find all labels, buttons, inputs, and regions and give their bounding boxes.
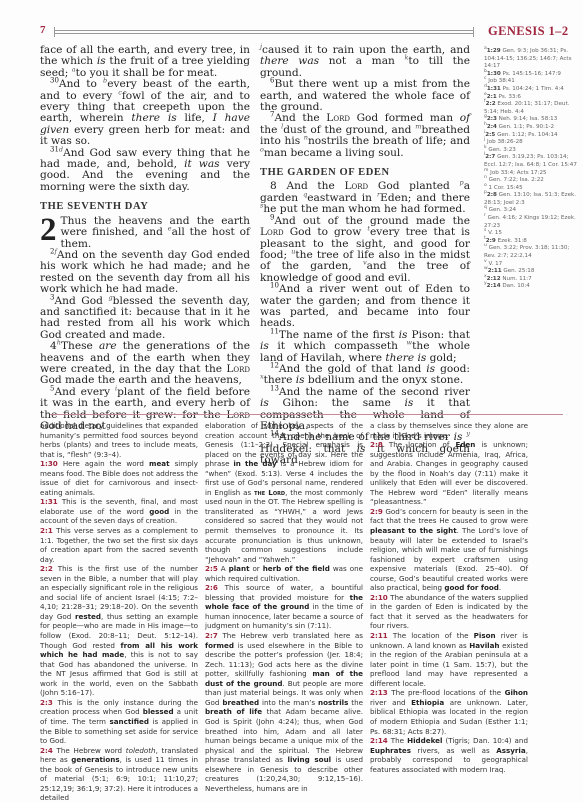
verse-number: 31: [50, 145, 59, 153]
verse-1-31: 31dAnd God saw every thing that he had m…: [40, 148, 250, 194]
note-2-13: 2:13 The pre-flood locations of the Giho…: [370, 688, 528, 736]
cross-ref-item[interactable]: s V. 15: [484, 230, 580, 238]
note-2-14: 2:14 The Hiddekel (Tigris; Dan. 10:4) an…: [370, 736, 528, 774]
note-ref: 2:4: [40, 746, 53, 755]
verse-2-7: 7And the Lord God formed man of the ldus…: [260, 113, 470, 159]
note-ref: 2:11: [370, 631, 388, 640]
study-notes-column-2: elaboration of some key aspects of the c…: [205, 421, 363, 793]
note-ref: 2:10: [370, 593, 388, 602]
verse-number: 4: [50, 340, 57, 352]
cross-ref-item[interactable]: r Gen. 4:16; 2 Kings 19:12; Ezek. 27:23: [484, 215, 580, 230]
cross-ref-item[interactable]: q Gen. 3:24: [484, 207, 580, 215]
cross-ref-item[interactable]: h2:4 Gen. 1:1; Ps. 90:1-2: [484, 124, 580, 132]
verse-number: 30: [50, 77, 59, 85]
cross-ref-item[interactable]: u Gen. 3:22; Prov. 3:18; 11:30; Rev. 2:7…: [484, 245, 580, 260]
note-2-6: 2:6 This source of water, a bountiful bl…: [205, 583, 363, 631]
note-ref: 2:5: [205, 564, 218, 573]
cross-ref-item[interactable]: p2:8 Gen. 13:10; Isa. 51:3; Ezek. 28:13;…: [484, 192, 580, 207]
note-2-5: 2:5 A plant or herb of the field was one…: [205, 564, 363, 583]
study-notes-divider: [50, 414, 563, 415]
note-2-8: 2:8 The location of Eden is unknown; sug…: [370, 440, 528, 507]
note-continuation: additional dietary guidelines that expan…: [40, 421, 198, 459]
verse-number: 12: [270, 361, 279, 369]
verse-number: 13: [270, 384, 279, 392]
verse-1-29-cont: face of all the earth, and every tree, i…: [40, 45, 250, 79]
verse-number: 10: [270, 282, 279, 290]
verse-number: 8: [270, 180, 277, 192]
study-notes-column-1: additional dietary guidelines that expan…: [40, 421, 198, 802]
cross-ref-item[interactable]: c Job 38:41: [484, 78, 580, 86]
note-ref: 2:7: [205, 631, 218, 640]
scripture-column-right: jcaused it to rain upon the earth, and t…: [260, 45, 470, 467]
note-ref: 1:30: [40, 459, 58, 468]
cross-ref-item[interactable]: w2:11 Gen. 25:18: [484, 268, 580, 276]
note-ref: 2:2: [40, 564, 53, 573]
note-2-1: 2:1 This verse serves as a complement to…: [40, 526, 198, 564]
cross-ref-item[interactable]: n Gen. 7:22; Isa. 2:22: [484, 177, 580, 185]
verse-2-12: 12And the gold of that land is good: xth…: [260, 364, 470, 387]
verse-2-6: 6But there went up a mist from the earth…: [260, 79, 470, 113]
header-rule-cap-right: [473, 27, 474, 37]
note-2-4-cont: elaboration of some key aspects of the c…: [205, 421, 363, 564]
scripture-text: face of all the earth, and every tree, i…: [40, 45, 472, 395]
note-2-7: 2:7 The Hebrew verb translated here as f…: [205, 631, 363, 793]
cross-ref-item[interactable]: i2:5 Gen. 1:12; Ps. 104:14: [484, 132, 580, 140]
note-ref: 2:1: [40, 526, 53, 535]
cross-ref-item[interactable]: a1:29 Gen. 9:3; Job 36:31; Ps. 104:14-15…: [484, 48, 580, 71]
note-ref: 2:6: [205, 583, 218, 592]
note-2-7-cont: a class by themselves since they alone a…: [370, 421, 528, 440]
note-2-3: 2:3 This is the only instance during the…: [40, 698, 198, 746]
note-ref: 2:8: [370, 440, 383, 449]
verse-1-30: 30And to bevery beast of the earth, and …: [40, 79, 250, 147]
note-2-10: 2:10 The abundance of the waters supplie…: [370, 593, 528, 631]
verse-2-10: 10And a river went out of Eden to water …: [260, 284, 470, 330]
verse-2-3: 3And God gblessed the seventh day, and s…: [40, 296, 250, 342]
header-rule: [54, 30, 474, 34]
chapter-2-verse-1: 2Thus the heavens and the earth were fin…: [40, 216, 250, 250]
note-ref: 2:9: [370, 507, 383, 516]
note-ref: 2:14: [370, 736, 388, 745]
note-1-30: 1:30 Here again the word meat simply mea…: [40, 459, 198, 497]
note-1-31: 1:31 This is the seventh, final, and mos…: [40, 497, 198, 526]
chapter-number: 2: [40, 217, 57, 243]
cross-ref-item[interactable]: d1:31 Ps. 104:24; 1 Tim. 4:4: [484, 86, 580, 94]
cross-ref-item[interactable]: y2:14 Dan. 10:4: [484, 283, 580, 291]
section-heading-seventh-day: THE SEVENTH DAY: [40, 201, 250, 212]
note-2-9: 2:9 God’s concern for beauty is seen in …: [370, 507, 528, 593]
verse-2-2: 2fAnd on the seventh day God ended his w…: [40, 250, 250, 296]
page-number: 7: [40, 24, 46, 36]
cross-ref-item[interactable]: l2:7 Gen. 3:19,23; Ps. 103:14; Eccl. 12:…: [484, 154, 580, 169]
scripture-column-left: face of all the earth, and every tree, i…: [40, 45, 250, 432]
cross-ref-item[interactable]: f2:2 Exod. 20:11; 31:17; Deut. 5:14; Heb…: [484, 101, 580, 116]
verse-number: 11: [270, 327, 279, 335]
note-2-4: 2:4 The Hebrew word toledoth, translated…: [40, 746, 198, 802]
note-2-2: 2:2 This is the first use of the number …: [40, 564, 198, 698]
verse-2-9: 9And out of the ground made the Lord God…: [260, 216, 470, 284]
note-2-11: 2:11 The location of the Pison river is …: [370, 631, 528, 688]
cross-ref-item[interactable]: g2:3 Neh. 9:14; Isa. 58:13: [484, 116, 580, 124]
verse-2-4: 4hThese are the generations of the heave…: [40, 341, 250, 387]
verse-2-5-cont: jcaused it to rain upon the earth, and t…: [260, 45, 470, 79]
book-chapter-title: GENESIS 1–2: [488, 24, 568, 39]
cross-ref-item[interactable]: j Job 38:26-28: [484, 139, 580, 147]
cross-ref-item[interactable]: m Job 33:4; Acts 17:25: [484, 170, 580, 178]
verse-2-11: 11The name of the first is Pison: that i…: [260, 330, 470, 364]
verse-2-8: 8 And the Lord God planted pa garden qea…: [260, 181, 470, 215]
cross-references: a1:29 Gen. 9:3; Job 36:31; Ps. 104:14-15…: [484, 48, 580, 291]
note-ref: 1:31: [40, 497, 58, 506]
section-heading-garden-of-eden: THE GARDEN OF EDEN: [260, 167, 470, 178]
note-ref: 2:13: [370, 688, 388, 697]
running-header: 7 GENESIS 1–2: [40, 24, 580, 40]
note-ref: 2:3: [40, 698, 53, 707]
study-notes-column-3: a class by themselves since they alone a…: [370, 421, 528, 774]
